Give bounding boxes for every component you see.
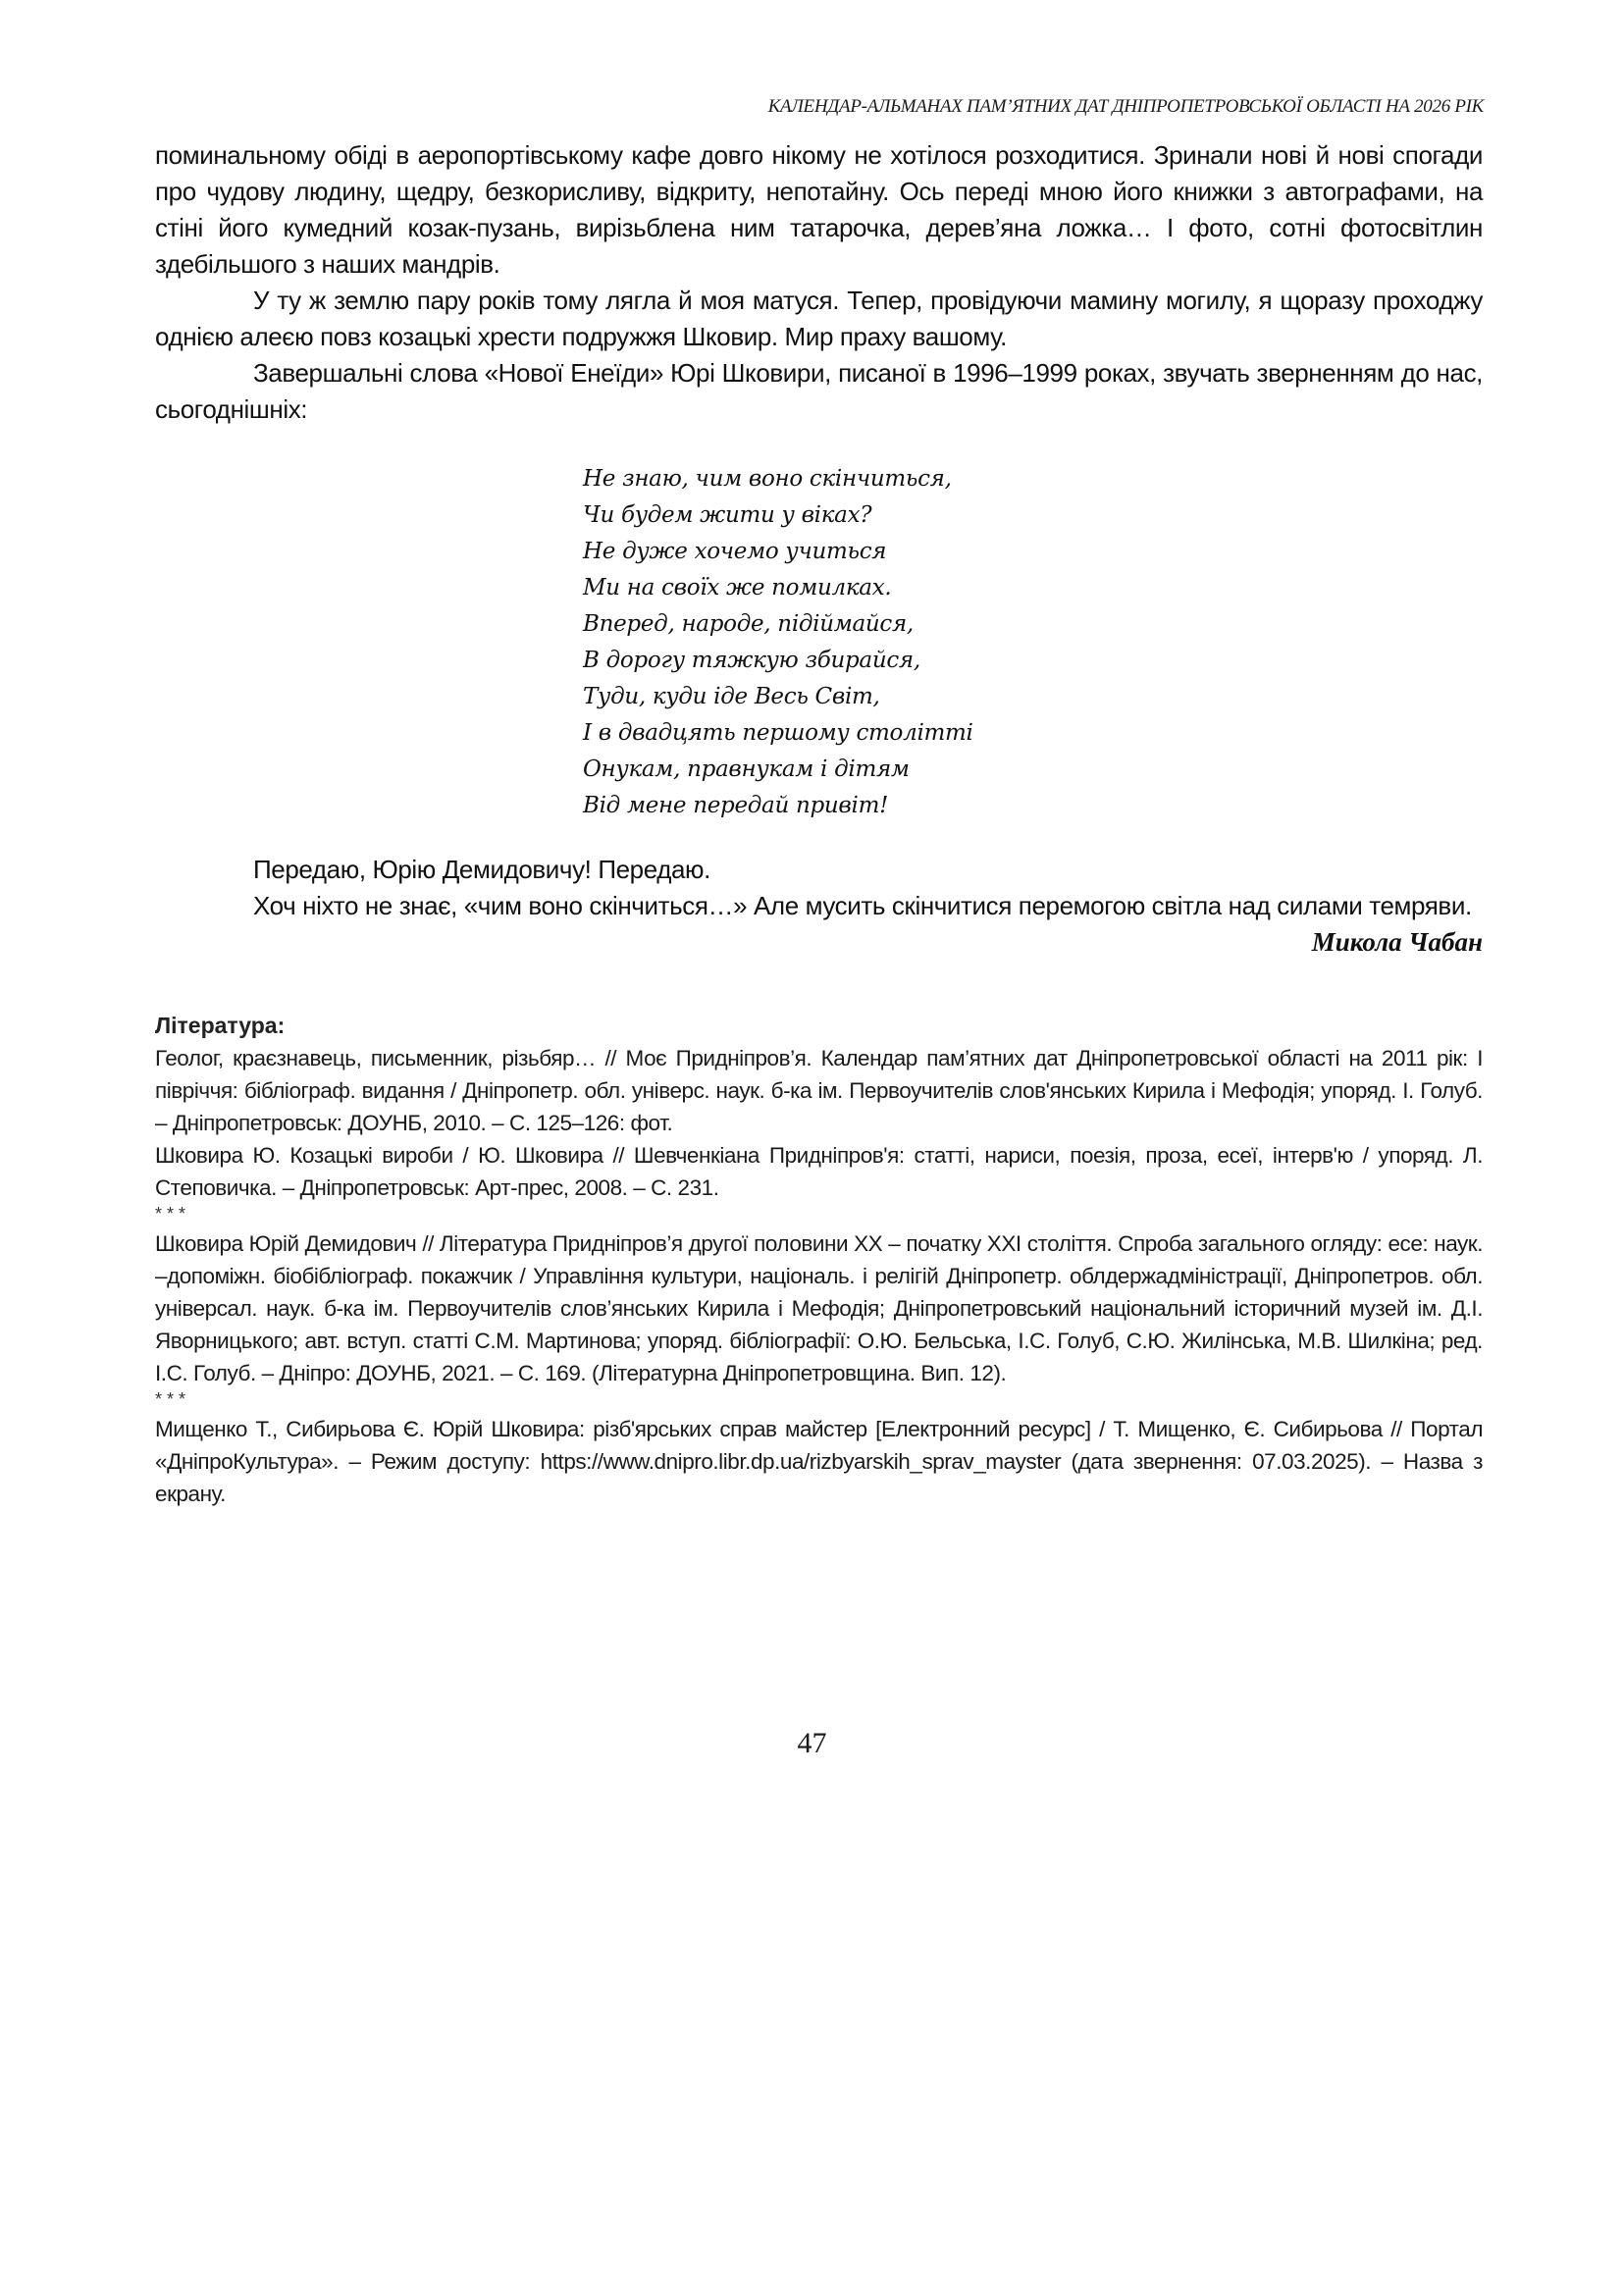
literature-entry: Шковира Ю. Козацькі вироби / Ю. Шковира … [155, 1139, 1483, 1204]
paragraph: Завершальні слова «Нової Енеїди» Юрі Шко… [155, 355, 1483, 428]
poem-line: Не знаю, чим воно скінчиться, [583, 461, 1483, 497]
paragraph: Передаю, Юрію Демидовичу! Передаю. [155, 852, 1483, 888]
paragraph: У ту ж землю пару років тому лягла й моя… [155, 283, 1483, 355]
poem-line: Ми на своїх же помилках. [583, 570, 1483, 606]
poem-line: Туди, куди іде Весь Світ, [583, 679, 1483, 715]
paragraph: Хоч ніхто не знає, «чим воно скінчиться…… [155, 888, 1483, 924]
poem-line: Чи будем жити у віках? [583, 497, 1483, 534]
literature-entry: Геолог, краєзнавець, письменник, різьбяр… [155, 1042, 1483, 1139]
paragraph: поминальному обіді в аеропортівському ка… [155, 137, 1483, 283]
poem-line: Вперед, народе, підіймайся, [583, 606, 1483, 643]
poem-line: І в двадцять першому столітті [583, 715, 1483, 752]
literature-entry: Шковира Юрій Демидович // Література При… [155, 1227, 1483, 1389]
running-header: КАЛЕНДАР-АЛЬМАНАХ ПАМ’ЯТНИХ ДАТ ДНІПРОПЕ… [768, 96, 1484, 118]
poem-quote: Не знаю, чим воно скінчиться, Чи будем ж… [583, 461, 1483, 824]
author-signature: Микола Чабан [155, 924, 1483, 961]
poem-line: В дорогу тяжкую збирайся, [583, 643, 1483, 679]
literature-entry: Мищенко Т., Сибирьова Є. Юрій Шковира: р… [155, 1413, 1483, 1510]
poem-line: Онукам, правнукам і дітям [583, 752, 1483, 788]
literature-section: Література: Геолог, краєзнавець, письмен… [155, 1010, 1483, 1510]
page-number: 47 [0, 1727, 1624, 1760]
literature-heading: Література: [155, 1010, 1483, 1042]
poem-line: Від мене передай привіт! [583, 788, 1483, 824]
section-separator: * * * [155, 1204, 1483, 1224]
poem-line: Не дуже хочемо учиться [583, 534, 1483, 570]
section-separator: * * * [155, 1389, 1483, 1409]
page-content: поминальному обіді в аеропортівському ка… [155, 137, 1483, 1510]
